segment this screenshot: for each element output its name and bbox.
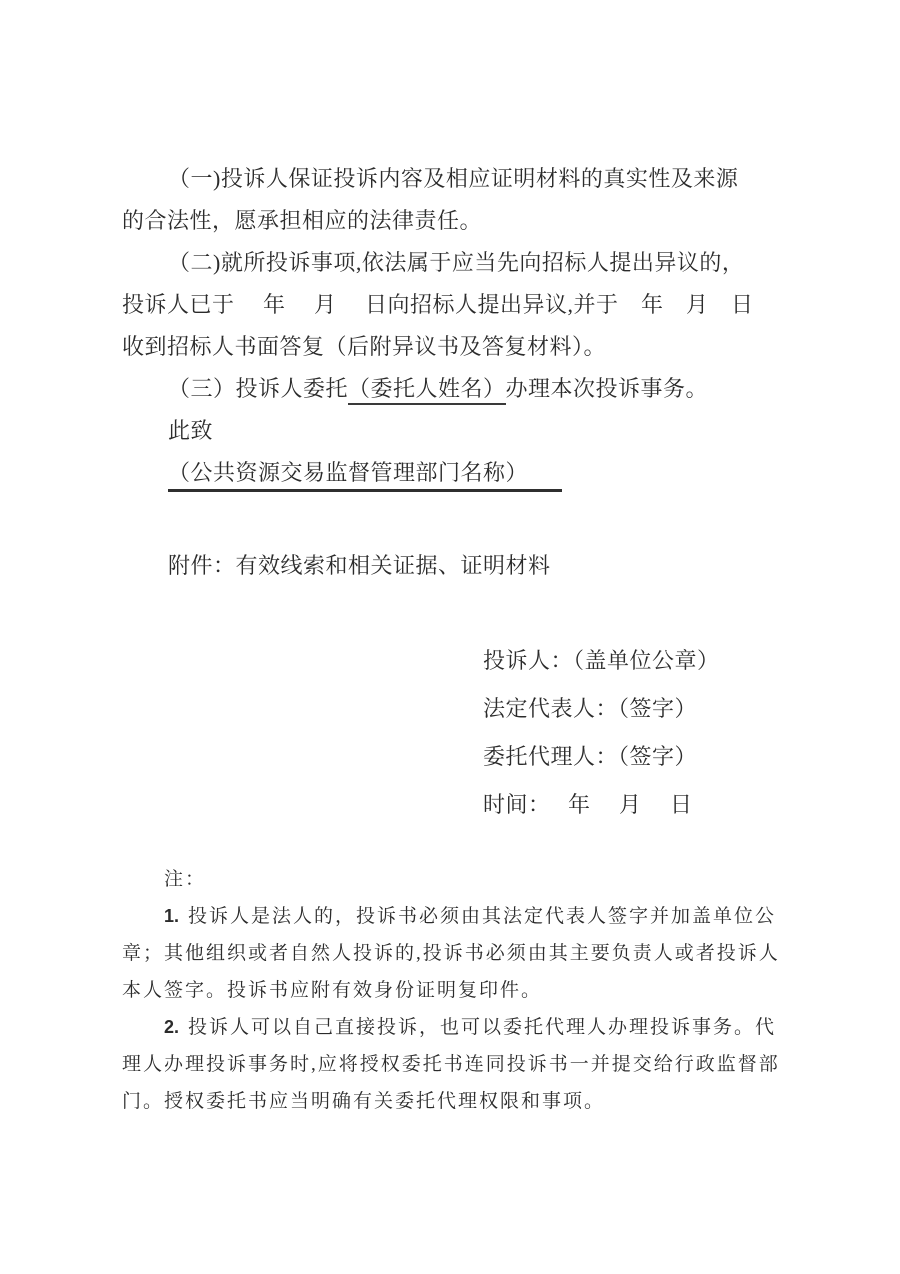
clause-2-line-3: 收到招标人书面答复（后附异议书及答复材料）。 [122,326,810,368]
notes-section: 注： 1.投诉人是法人的，投诉书必须由其法定代表人签字并加盖单位公 章；其他组织… [122,861,810,1120]
note-2-line-1: 2.投诉人可以自己直接投诉，也可以委托代理人办理投诉事务。代 [122,1009,810,1046]
signature-complainant: 投诉人：（盖单位公章） [483,637,810,685]
clause-1-line-1: （一)投诉人保证投诉内容及相应证明材料的真实性及来源 [122,158,810,200]
salutation: 此致 [122,410,810,452]
clause-3-suffix: 办理本次投诉事务。 [506,376,709,401]
note-2-line-2: 理人办理投诉事务时,应将授权委托书连同投诉书一并提交给行政监督部 [122,1046,810,1083]
clause-3-line: （三）投诉人委托（委托人姓名）办理本次投诉事务。 [122,368,810,410]
signature-authorized-agent: 委托代理人：（签字） [483,733,810,781]
document-page: （一)投诉人保证投诉内容及相应证明材料的真实性及来源 的合法性，愿承担相应的法律… [0,0,900,1274]
signature-date-line: 时间： 年 月 日 [483,781,810,829]
signature-legal-representative: 法定代表人：（签字） [483,685,810,733]
note-1-line-2: 章；其他组织或者自然人投诉的,投诉书必须由其主要负责人或者投诉人 [122,935,810,972]
attachment-line: 附件：有效线索和相关证据、证明材料 [122,545,810,587]
note-item-1: 1.投诉人是法人的，投诉书必须由其法定代表人签字并加盖单位公 章；其他组织或者自… [122,898,810,1009]
agent-name-blank: （委托人姓名） [348,376,506,405]
clause-3-prefix: （三）投诉人委托 [168,376,348,401]
note-1-text-1: 投诉人是法人的，投诉书必须由其法定代表人签字并加盖单位公 [188,906,776,927]
clause-2-line-2-date-blanks: 投诉人已于 年 月 日向招标人提出异议,并于 年 月 日 [122,284,810,326]
note-item-2: 2.投诉人可以自己直接投诉，也可以委托代理人办理投诉事务。代 理人办理投诉事务时… [122,1009,810,1120]
signature-block: 投诉人：（盖单位公章） 法定代表人：（签字） 委托代理人：（签字） 时间： 年 … [483,637,810,829]
recipient-line: （公共资源交易监督管理部门名称） [122,452,810,494]
note-1-line-1: 1.投诉人是法人的，投诉书必须由其法定代表人签字并加盖单位公 [122,898,810,935]
note-2-line-3: 门。授权委托书应当明确有关委托代理权限和事项。 [122,1083,810,1120]
note-1-line-3: 本人签字。投诉书应附有效身份证明复印件。 [122,972,810,1009]
clause-1-line-2: 的合法性，愿承担相应的法律责任。 [122,200,810,242]
note-1-number: 1. [164,906,179,926]
recipient-department-blank: （公共资源交易监督管理部门名称） [168,460,562,492]
note-2-text-1: 投诉人可以自己直接投诉，也可以委托代理人办理投诉事务。代 [188,1017,776,1038]
note-2-number: 2. [164,1017,179,1037]
clause-2-line-1: （二)就所投诉事项,依法属于应当先向招标人提出异议的， [122,242,810,284]
notes-label: 注： [122,861,810,898]
